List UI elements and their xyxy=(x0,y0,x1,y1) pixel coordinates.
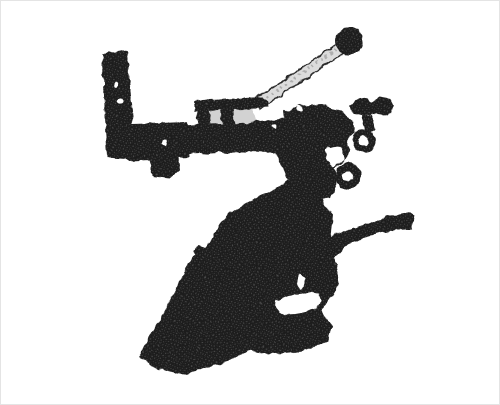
bracket-bolt-hole-lower xyxy=(117,98,122,103)
lower-ring-hole xyxy=(343,171,354,182)
bracket-bolt-hole-upper xyxy=(113,81,118,86)
plow-illustration xyxy=(0,0,500,405)
beam-bolt-highlight xyxy=(162,140,168,146)
beam-right-bolt-highlight xyxy=(271,123,277,129)
clamp-bolt-highlight xyxy=(296,106,302,112)
lever-ball-knob xyxy=(336,28,363,55)
scanned-photo xyxy=(0,0,500,405)
upper-ring-hole xyxy=(359,136,369,146)
